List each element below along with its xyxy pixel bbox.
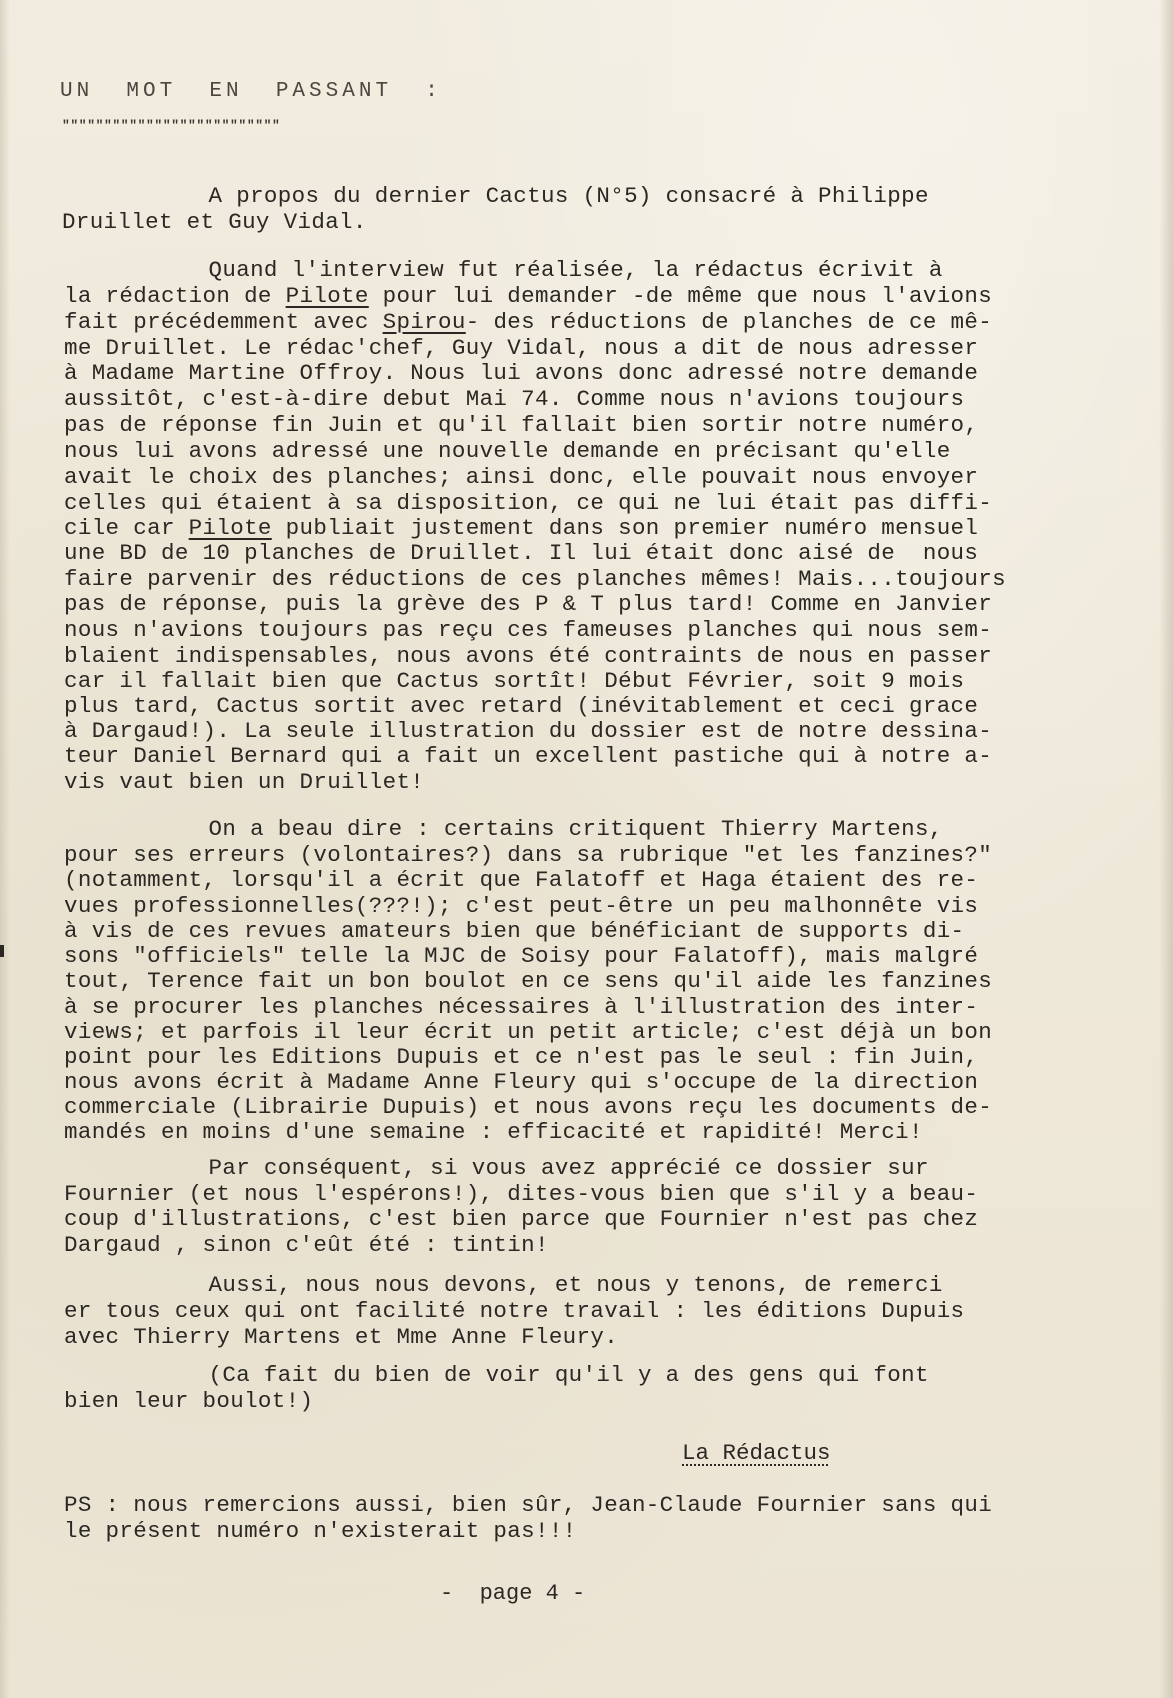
text-line: une BD de 10 planches de Druillet. Il lu…	[64, 540, 978, 566]
underlined-term-pilote: Pilote	[286, 283, 369, 309]
text-line: Dargaud , sinon c'eût été : tintin!	[64, 1232, 549, 1258]
text-line: me Druillet. Le rédac'chef, Guy Vidal, n…	[64, 335, 978, 361]
text-segment: publiait justement dans son premier numé…	[272, 515, 978, 541]
text-line: avec Thierry Martens et Mme Anne Fleury.	[64, 1324, 618, 1350]
text-line: à Dargaud!). La seule illustration du do…	[64, 718, 992, 744]
text-line: à se procurer les planches nécessaires à…	[64, 994, 978, 1020]
signature: La Rédactus	[682, 1440, 831, 1466]
text-line: On a beau dire : certains critiquent Thi…	[70, 816, 943, 842]
text-line: mandés en moins d'une semaine : efficaci…	[64, 1119, 923, 1145]
text-line: car il fallait bien que Cactus sortît! D…	[64, 668, 964, 694]
text-line: celles qui étaient à sa disposition, ce …	[64, 490, 992, 516]
text-line: blaient indispensables, nous avons été c…	[64, 643, 992, 669]
page-right-edge-shadow	[1159, 0, 1173, 1698]
text-line: faire parvenir des réductions de ces pla…	[64, 566, 1006, 592]
section-heading: UN MOT EN PASSANT :	[60, 80, 442, 103]
text-line: tout, Terence fait un bon boulot en ce s…	[64, 968, 992, 994]
text-line: A propos du dernier Cactus (N°5) consacr…	[70, 183, 929, 209]
page-left-edge-shadow	[0, 0, 10, 1698]
text-segment: pour lui demander -de même que nous l'av…	[369, 283, 992, 309]
text-line-with-underline: la rédaction de Pilote pour lui demander…	[64, 283, 992, 309]
text-line: Druillet et Guy Vidal.	[62, 209, 367, 235]
text-line: vues professionnelles(???!); c'est peut-…	[64, 893, 978, 919]
text-line: nous n'avions toujours pas reçu ces fame…	[64, 617, 992, 643]
text-line: Par conséquent, si vous avez apprécié ce…	[70, 1155, 929, 1181]
text-line: à Madame Martine Offroy. Nous lui avons …	[64, 360, 978, 386]
text-line: avait le choix des planches; ainsi donc,…	[64, 464, 978, 490]
text-line: point pour les Editions Dupuis et ce n'e…	[64, 1044, 978, 1070]
text-segment: fait précédemment avec	[64, 309, 383, 335]
margin-mark	[0, 945, 4, 957]
text-line: coup d'illustrations, c'est bien parce q…	[64, 1206, 978, 1232]
text-line: views; et parfois il leur écrit un petit…	[64, 1019, 992, 1045]
text-line: commerciale (Librairie Dupuis) et nous a…	[64, 1094, 992, 1120]
heading-underline-rule: """"""""""""""""""""""""""	[62, 118, 280, 133]
text-line: teur Daniel Bernard qui a fait un excell…	[64, 743, 992, 769]
page-number: - page 4 -	[440, 1581, 585, 1606]
text-line: (Ca fait du bien de voir qu'il y a des g…	[70, 1362, 929, 1388]
text-segment: la rédaction de	[64, 283, 286, 309]
text-line: er tous ceux qui ont facilité notre trav…	[64, 1298, 964, 1324]
text-line: Fournier (et nous l'espérons!), dites-vo…	[64, 1181, 978, 1207]
text-segment: cile car	[64, 515, 189, 541]
text-line: (notamment, lorsqu'il a écrit que Falato…	[64, 867, 978, 893]
text-line: pour ses erreurs (volontaires?) dans sa …	[64, 842, 992, 868]
text-line: Aussi, nous nous devons, et nous y tenon…	[70, 1272, 943, 1298]
text-line-with-underline: cile car Pilote publiait justement dans …	[64, 515, 978, 541]
text-line: nous avons écrit à Madame Anne Fleury qu…	[64, 1069, 978, 1095]
text-line-with-underline: fait précédemment avec Spirou- des réduc…	[64, 309, 992, 335]
text-line: vis vaut bien un Druillet!	[64, 769, 424, 795]
underlined-term-pilote: Pilote	[189, 515, 272, 541]
postscript-line: PS : nous remercions aussi, bien sûr, Je…	[64, 1492, 992, 1518]
text-line: Quand l'interview fut réalisée, la rédac…	[70, 257, 943, 283]
text-line: sons "officiels" telle la MJC de Soisy p…	[64, 943, 978, 969]
text-line: plus tard, Cactus sortit avec retard (in…	[64, 693, 978, 719]
text-line: pas de réponse fin Juin et qu'il fallait…	[64, 412, 978, 438]
text-line: pas de réponse, puis la grève des P & T …	[64, 591, 992, 617]
text-line: bien leur boulot!)	[64, 1388, 313, 1414]
text-line: aussitôt, c'est-à-dire debut Mai 74. Com…	[64, 386, 964, 412]
text-line: nous lui avons adressé une nouvelle dema…	[64, 438, 951, 464]
text-segment: - des réductions de planches de ce mê-	[466, 309, 992, 335]
postscript-line: le présent numéro n'existerait pas!!!	[64, 1518, 577, 1544]
underlined-term-spirou: Spirou	[383, 309, 466, 335]
text-line: à vis de ces revues amateurs bien que bé…	[64, 918, 964, 944]
